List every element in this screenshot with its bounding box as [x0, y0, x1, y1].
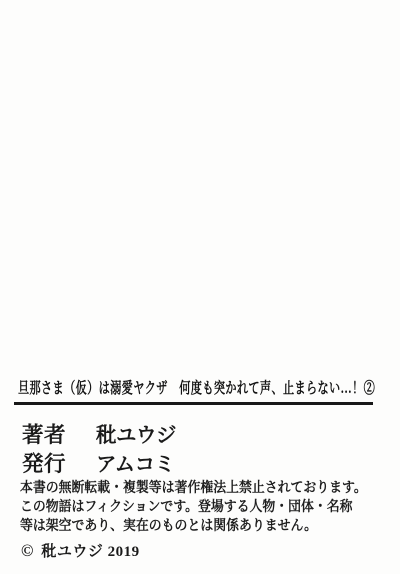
disclaimer-line-3: 等は架空であり、実在のものとは関係ありません。	[20, 517, 367, 536]
author-label: 著者	[22, 418, 78, 449]
publisher-label: 発行	[22, 447, 78, 478]
publisher-credit-row: 発行 アムコミ	[22, 447, 175, 478]
title-underline-divider	[14, 402, 373, 405]
disclaimer-line-2: この物語はフィクションです。登場する人物・団体・名称	[20, 498, 367, 517]
legal-disclaimer: 本書の無断転載・複製等は著作権法上禁止されております。 この物語はフィクションで…	[20, 479, 397, 536]
author-credit-row: 著者 秕ユウジ	[22, 418, 176, 449]
disclaimer-line-1: 本書の無断転載・複製等は著作権法上禁止されております。	[20, 479, 367, 498]
copyright-line: © 秕ユウジ 2019	[21, 540, 140, 561]
book-title: 旦那さま（仮）は溺愛ヤクザ 何度も突かれて声、止まらない…！②	[18, 376, 375, 398]
author-name: 秕ユウジ	[96, 418, 176, 448]
copyright-text: 秕ユウジ 2019	[41, 540, 139, 561]
copyright-symbol-icon: ©	[21, 541, 33, 561]
colophon-page: 旦那さま（仮）は溺愛ヤクザ 何度も突かれて声、止まらない…！② 著者 秕ユウジ …	[0, 0, 400, 574]
publisher-name: アムコミ	[96, 447, 175, 477]
